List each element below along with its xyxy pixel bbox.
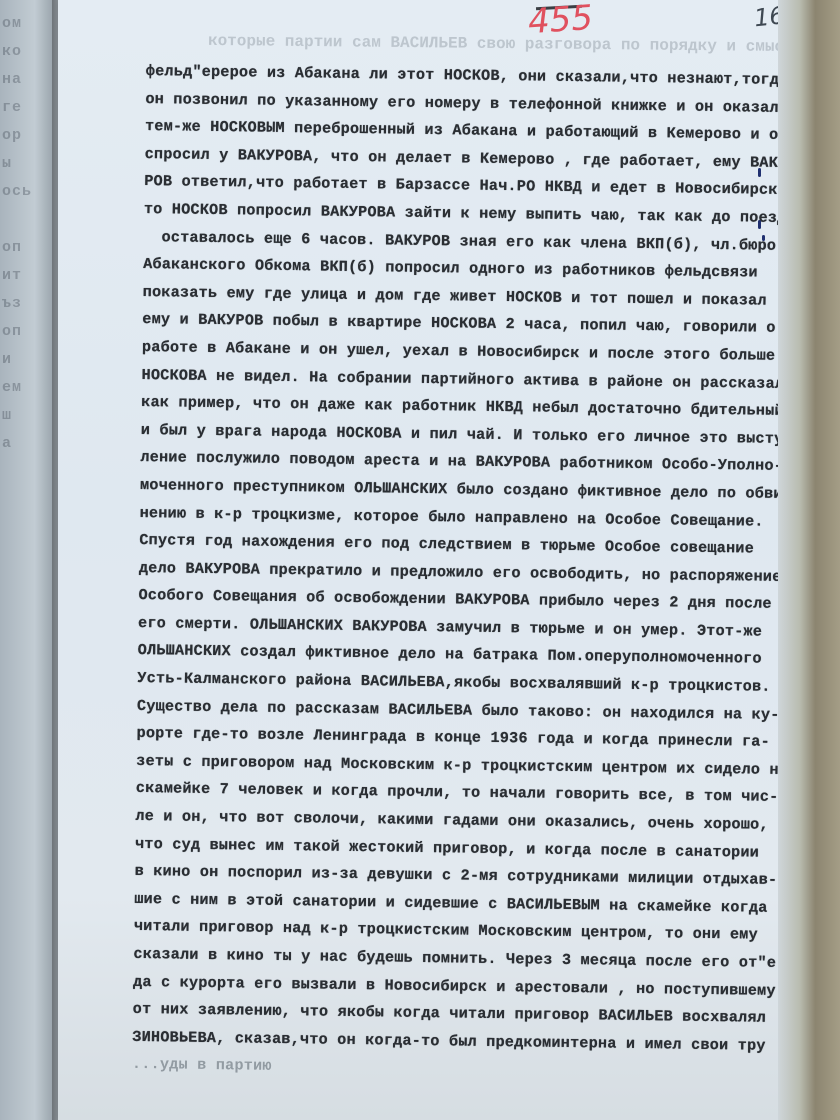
folder-edge xyxy=(778,0,840,1120)
pen-mark xyxy=(758,220,761,229)
pen-mark xyxy=(762,235,765,241)
red-stamp-number: 455 xyxy=(527,0,595,42)
bleed-through-text: которые партии сам ВАСИЛЬЕВ свою разгово… xyxy=(208,32,794,56)
facing-page-text: ом ко на ге ор ы ось оп ит ъз оп и ем ш … xyxy=(2,10,52,458)
document-page: которые партии сам ВАСИЛЬЕВ свою разгово… xyxy=(58,0,780,1120)
typed-body: фельд"ерерое из Абакана ли этот НОСКОВ, … xyxy=(132,58,836,1089)
pen-mark xyxy=(758,168,761,177)
facing-page: ом ко на ге ор ы ось оп ит ъз оп и ем ш … xyxy=(0,0,58,1120)
